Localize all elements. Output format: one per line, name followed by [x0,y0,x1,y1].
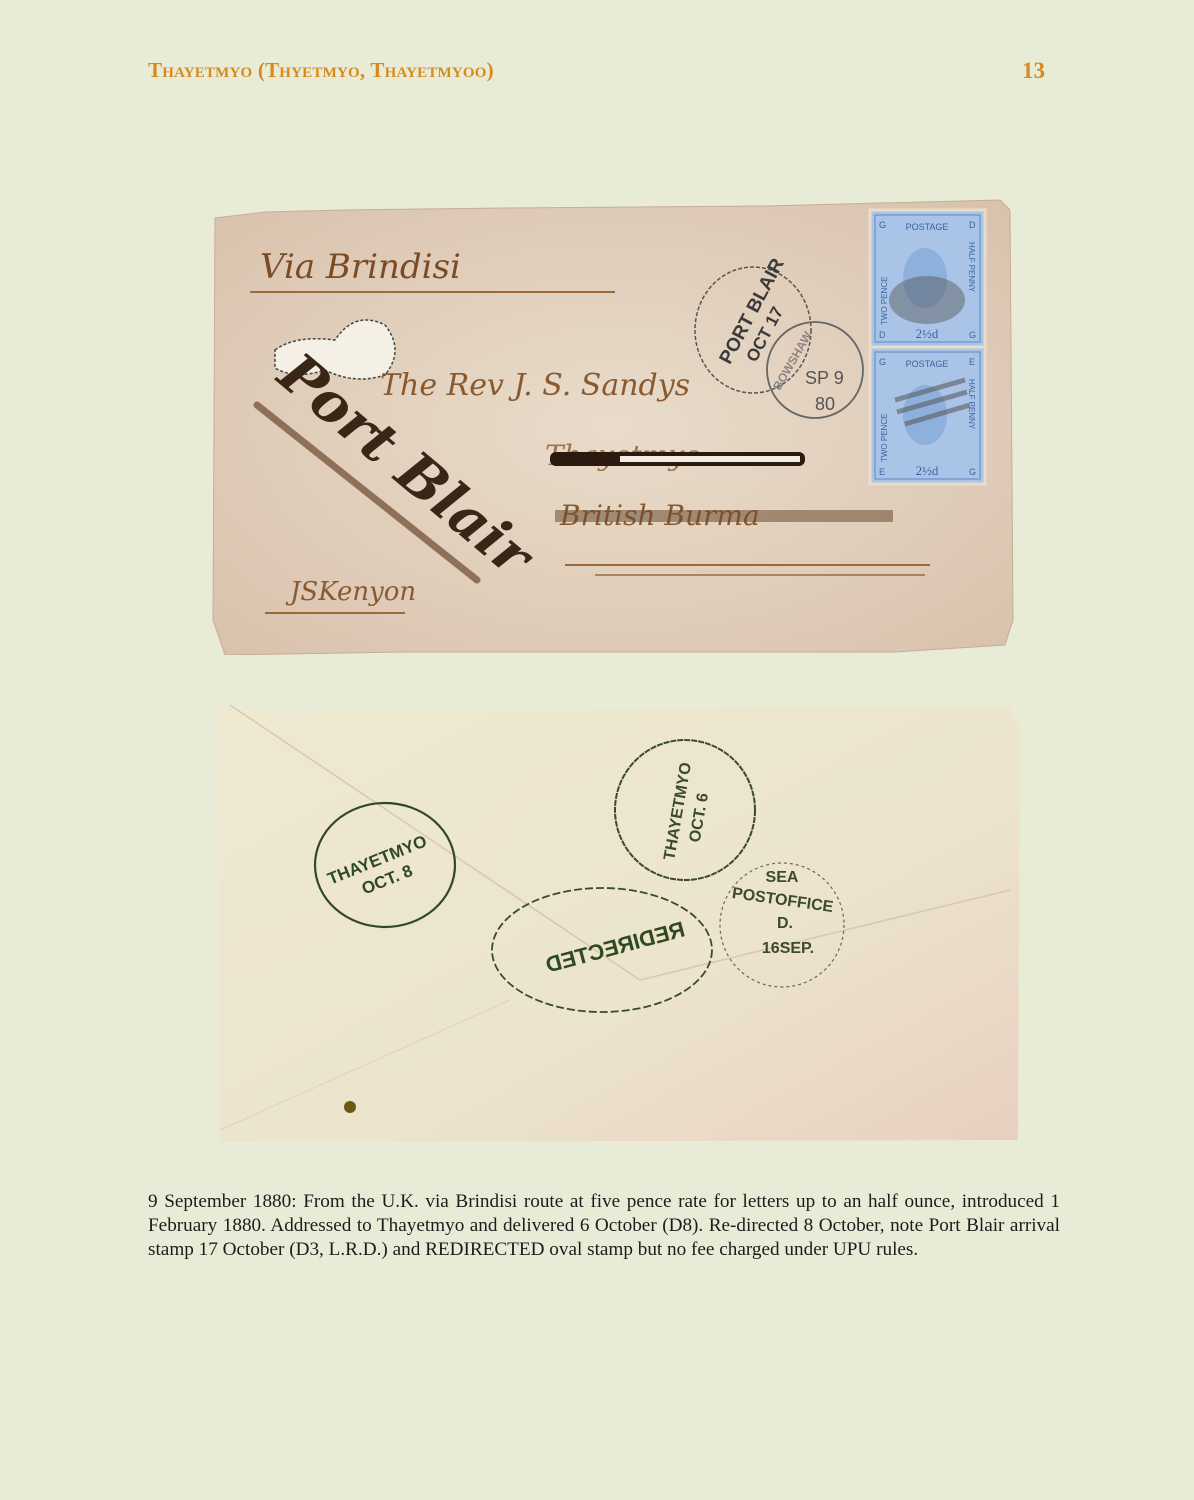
svg-text:SEA: SEA [766,869,799,886]
svg-text:G: G [969,330,976,340]
svg-text:2½d: 2½d [916,326,939,341]
svg-text:TWO PENCE: TWO PENCE [880,414,889,462]
svg-text:D: D [879,330,886,340]
postage-stamp-bottom: POSTAGE G E E G 2½d TWO PENCE HALF PENNY [870,347,985,484]
svg-text:16SEP.: 16SEP. [762,940,814,957]
svg-text:G: G [879,220,886,230]
svg-text:G: G [879,357,886,367]
svg-text:D: D [969,220,976,230]
svg-text:POSTAGE: POSTAGE [906,222,949,232]
svg-text:POSTAGE: POSTAGE [906,359,949,369]
svg-text:TWO PENCE: TWO PENCE [880,277,889,325]
caption: 9 September 1880: From the U.K. via Brin… [148,1190,1060,1262]
address-line1: The Rev J. S. Sandys [380,368,690,403]
svg-text:80: 80 [815,394,835,414]
svg-text:G: G [969,467,976,477]
cover-front-image: Via Brindisi The Rev J. S. Sandys Thayet… [205,190,1015,655]
svg-text:E: E [969,357,975,367]
svg-text:E: E [879,467,885,477]
page-number: 13 [1022,58,1045,84]
route-annotation: Via Brindisi [260,247,461,287]
cover-back-image: THAYETMYO OCT. 8 THAYETMYO OCT. 6 SEA PO… [210,700,1022,1145]
svg-text:D.: D. [777,915,793,932]
svg-text:SP 9: SP 9 [805,368,844,388]
svg-text:HALF PENNY: HALF PENNY [967,242,976,293]
page-title: Thayetmyo (Thyetmyo, Thayetmyoo) [148,58,494,83]
postage-stamp-top: POSTAGE G D D G 2½d TWO PENCE HALF PENNY [870,210,985,347]
signature: JSKenyon [285,577,416,607]
svg-text:2½d: 2½d [916,463,939,478]
